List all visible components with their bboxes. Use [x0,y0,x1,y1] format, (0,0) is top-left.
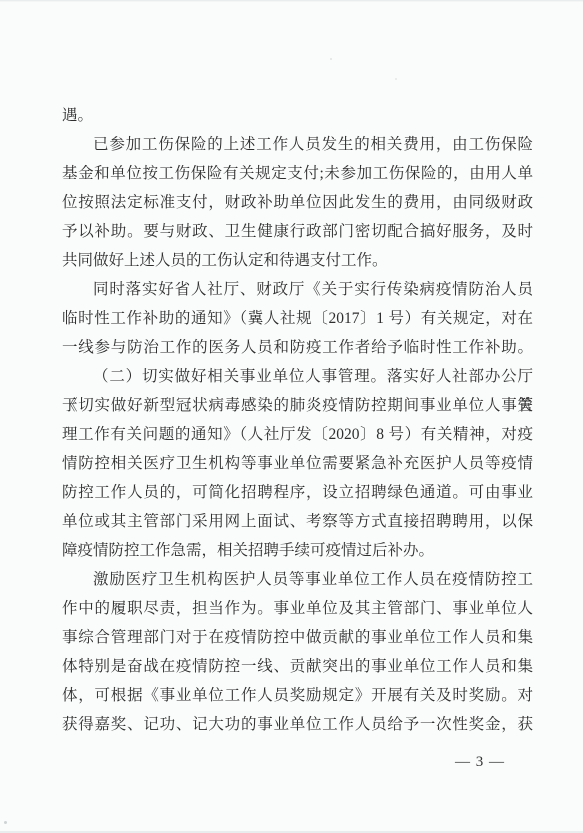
text-line: 障疫情防控工作急需，相关招聘手续可疫情过后补办。 [62,536,533,565]
text-line: 激励医疗卫生机构医护人员等事业单位工作人员在疫情防控工 [62,565,533,594]
scanned-document-page: { "doc": { "lines": [ "遇。", "已参加工伤保险的上述工… [0,0,583,833]
text-line: （二）切实做好相关事业单位人事管理。落实好人社部办公厅《关 [62,362,533,391]
text-line: 防控工作人员的，可简化招聘程序，设立招聘绿色通道。可由事业 [62,478,533,507]
text-line: 共同做好上述人员的工伤认定和待遇支付工作。 [62,246,533,275]
text-line: 理工作有关问题的通知》（人社厅发〔2020〕8 号）有关精神，对疫 [62,420,533,449]
text-line: 一线参与防治工作的医务人员和防疫工作者给予临时性工作补助。 [62,333,533,362]
text-line: 于切实做好新型冠状病毒感染的肺炎疫情防控期间事业单位人事管 [62,391,533,420]
text-line: 事综合管理部门对于在疫情防控中做贡献的事业单位工作人员和集 [62,623,533,652]
text-line: 情防控相关医疗卫生机构等事业单位需要紧急补充医护人员等疫情 [62,449,533,478]
text-line: 同时落实好省人社厅、财政厅《关于实行传染病疫情防治人员 [62,275,533,304]
text-line: 位按照法定标准支付，财政补助单位因此发生的费用，由同级财政 [62,188,533,217]
scan-speck [395,78,397,80]
scan-top-edge [0,0,583,2]
text-line: 体，可根据《事业单位工作人员奖励规定》开展有关及时奖励。对 [62,681,533,710]
text-line: 获得嘉奖、记功、记大功的事业单位工作人员给予一次性奖金，获 [62,710,533,739]
scan-speck [4,821,7,824]
text-line: 体特别是奋战在疫情防控一线、贡献突出的事业单位工作人员和集 [62,652,533,681]
text-line: 单位或其主管部门采用网上面试、考察等方式直接招聘聘用，以保 [62,507,533,536]
scan-speck [330,58,332,60]
text-line: 遇。 [62,101,533,130]
text-line: 基金和单位按工伤保险有关规定支付;未参加工伤保险的，由用人单 [62,159,533,188]
text-line: 作中的履职尽责，担当作为。事业单位及其主管部门、事业单位人 [62,594,533,623]
text-line: 已参加工伤保险的上述工作人员发生的相关费用，由工伤保险 [62,130,533,159]
document-body: 遇。 已参加工伤保险的上述工作人员发生的相关费用，由工伤保险 基金和单位按工伤保… [62,101,533,739]
page-number: — 3 — [455,752,505,772]
text-line: 予以补助。要与财政、卫生健康行政部门密切配合搞好服务，及时 [62,217,533,246]
text-line: 临时性工作补助的通知》（冀人社规〔2017〕1 号）有关规定，对在 [62,304,533,333]
